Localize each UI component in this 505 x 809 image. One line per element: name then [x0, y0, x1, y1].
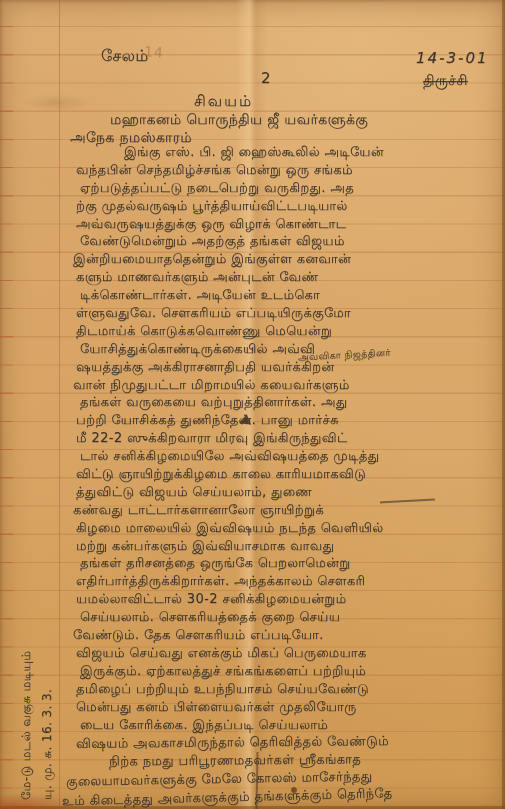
body-line: இருக்கும். ஏற்காலத்துச் சங்கங்களைப் பற்ற… — [80, 663, 494, 681]
body-line: மற்று கன்பர்களும் இவ்வியாசமாக வாவது — [76, 538, 494, 556]
body-line: தங்கள் வருகையை வற்புறுத்தினார்கள். அது — [80, 394, 494, 412]
letter-body: இங்கு எஸ். பி. ஜி ஹைஸ்கூலில் அடியேன் வந்… — [76, 144, 494, 806]
body-line: தமிழைப் பற்றியும் உபந்நியாசம் செய்யவேண்ட… — [76, 681, 494, 699]
body-line: திடமாய்க் கொடுக்கவொண்ணு மெயென்று — [76, 323, 494, 341]
body-line: தங்கள் தரிசனத்தை ஒருங்கே பெறலாமென்று — [80, 555, 494, 573]
place-label: சேலம் — [101, 46, 149, 67]
body-line: ஷயத்துக்கு அக்கிராசனாதிபதி யவர்க்கிறன் — [76, 359, 494, 377]
date-label: 14-3-01 — [416, 49, 489, 67]
body-line: ற்கு முதல்வருஷம் பூர்த்தியாய்விட்டபடியால… — [76, 198, 494, 216]
body-line: விட்டு ஞாயிற்றுக்கிழமை காலை காரியமாகவிடு — [76, 466, 494, 484]
ink-blot — [239, 413, 252, 425]
body-line: அவ்வருஷயத்துக்கு ஒரு விழாக் கொண்டாட — [76, 216, 494, 234]
body-line: யோசித்துக்கொண்டிருக்கையில் அவ்வி — [80, 341, 494, 359]
body-line: செய்யலாம். சௌகரியத்தைக் குறை செய்ய — [80, 609, 494, 627]
body-line: வான் நிமுதுபட்டா மிறாமயில் கயைவர்களும் — [73, 377, 494, 395]
body-line: விஜயம் செய்வது எனக்கும் மிகப் பெருமையாக — [76, 645, 494, 663]
ghost-mark: 14 — [143, 44, 164, 61]
ruled-line-edge-ticks — [0, 0, 13, 809]
body-line: இன்றியமையாததென்றும் இங்குள்ள கனவான் — [73, 251, 494, 269]
body-line: கிழமை மாலையில் இவ்விஷயம் நடந்த வெளியில் — [76, 520, 494, 538]
margin-note-line: மே-டு மடல் வகுசு மடியும் — [16, 595, 37, 800]
body-line: மென்பது கனம் பிள்ளையவர்கள் முதலியோரு — [76, 699, 494, 717]
body-line: யமல்லாவிட்டால் 30-2 சனிக்கிழமையன்றும் — [76, 591, 494, 609]
invocation-heading: சிவயம் — [194, 92, 253, 112]
city-label: திருச்சி — [423, 73, 468, 91]
body-line: மீ 22-2 ஸுக்கிறவாரா மிரவு இங்கிருந்துவிட… — [76, 430, 494, 448]
body-line: டால் சனிக்கிழமையிலே அவ்விஷயத்தை முடித்து — [80, 448, 494, 466]
body-line: டைய கோரிக்கை. இந்தப்படி செய்யலாம் — [80, 717, 494, 735]
body-line: எதிர்பார்த்திருக்கிறார்கள். அந்தக்காலம் … — [76, 573, 494, 591]
salutation-line-1: மஹாகனம் பொருந்திய ஜீ யவர்களுக்கு — [110, 112, 368, 130]
body-line: வேண்டும். தேக சௌகரியம் எப்படியோ. — [73, 627, 494, 645]
letter-page: சேலம் 14 2 14-3-01 திருச்சி சிவயம் மஹாகன… — [0, 0, 505, 809]
body-line: பற்றி யோசிக்கத் துணிந்தேன். பானு மார்ச்ச… — [76, 412, 494, 430]
ink-showthrough-smear — [22, 94, 92, 112]
body-line: ஏற்படுத்தப்பட்டு நடைபெற்று வருகிறது. அத — [80, 180, 494, 198]
body-line: வந்தபின் செந்தமிழ்ச்சங்க மென்று ஒரு சங்க… — [76, 162, 494, 180]
margin-note-line: யு. மு. சு. 16. 3. 3. — [37, 595, 58, 800]
body-line: ள்ளுவதுவே. சௌகரியம் எப்படியிருக்குமோ — [76, 305, 494, 323]
body-line: இங்கு எஸ். பி. ஜி ஹைஸ்கூலில் அடியேன் — [76, 144, 494, 162]
page-number: 2 — [261, 69, 271, 87]
body-line: வேண்டுமென்றும் அதற்குத் தங்கள் விஜயம் — [80, 233, 494, 251]
ink-dot — [291, 787, 297, 793]
margin-note: மே-டு மடல் வகுசு மடியும் யு. மு. சு. 16.… — [16, 595, 64, 800]
body-line: டிக்கொண்டார்கள். அடியேன் உடம்கொ — [80, 287, 494, 305]
body-line: களும் மாணவர்களும் அன்புடன் வேண் — [76, 269, 494, 287]
body-line: கண்வது டாட்டார்களானாலோ ஞாயிற்றுக் — [73, 502, 494, 520]
